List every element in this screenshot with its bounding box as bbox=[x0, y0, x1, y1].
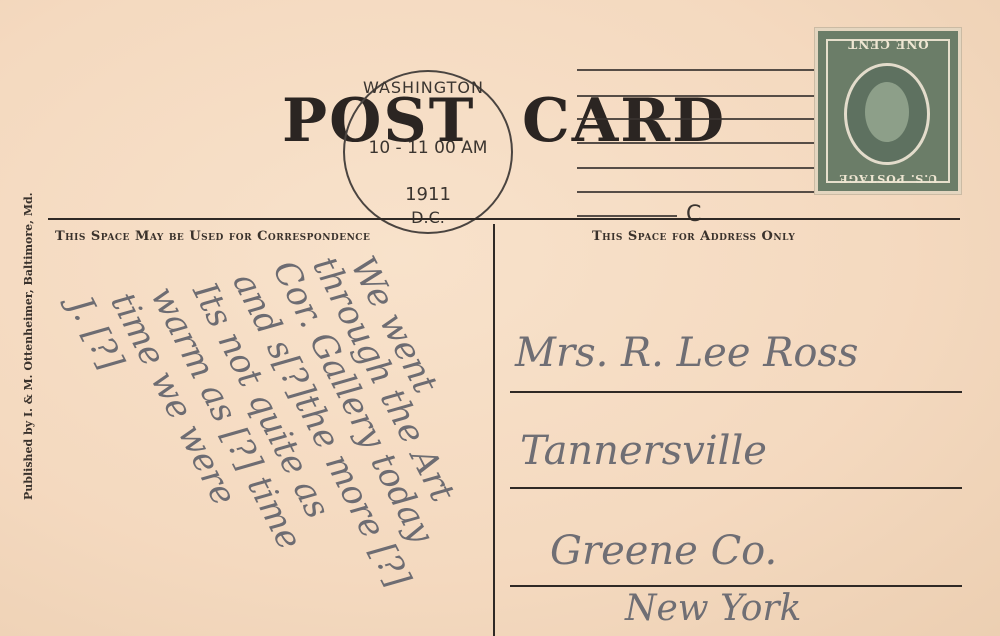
address-line-1 bbox=[510, 391, 962, 393]
correspondence-label: This Space May be Used for Correspondenc… bbox=[55, 229, 370, 244]
address-county: Greene Co. bbox=[550, 528, 777, 574]
address-line-2 bbox=[510, 487, 962, 489]
postmark-city: WASHINGTON bbox=[363, 78, 484, 97]
address-town: Tannersville bbox=[520, 428, 767, 474]
postcard: POST CARD WASHINGTON 10 - 11 00 AM 1911 … bbox=[0, 0, 1000, 636]
horizontal-divider bbox=[48, 218, 960, 220]
stamp-portrait-icon bbox=[844, 63, 930, 165]
stamp-country: U.S. POSTAGE bbox=[818, 172, 958, 185]
vertical-divider bbox=[493, 224, 495, 636]
postage-stamp: ONE CENT U.S. POSTAGE bbox=[815, 28, 961, 194]
stamp-denomination: ONE CENT bbox=[818, 37, 958, 51]
cancel-mark: C bbox=[686, 202, 701, 227]
address-line-3 bbox=[510, 585, 962, 587]
handwritten-message: We went through the Art Cor. Gallery tod… bbox=[60, 250, 490, 630]
address-state: New York bbox=[625, 588, 801, 629]
postmark: WASHINGTON 10 - 11 00 AM 1911 D.C. bbox=[343, 70, 513, 234]
publisher-imprint: Published by I. & M. Ottenheimer, Baltim… bbox=[22, 192, 35, 500]
address-label: This Space for Address Only bbox=[592, 229, 795, 244]
postmark-year: 1911 bbox=[345, 184, 511, 205]
postmark-time: 10 - 11 00 AM bbox=[345, 138, 511, 158]
address-name: Mrs. R. Lee Ross bbox=[515, 330, 858, 376]
